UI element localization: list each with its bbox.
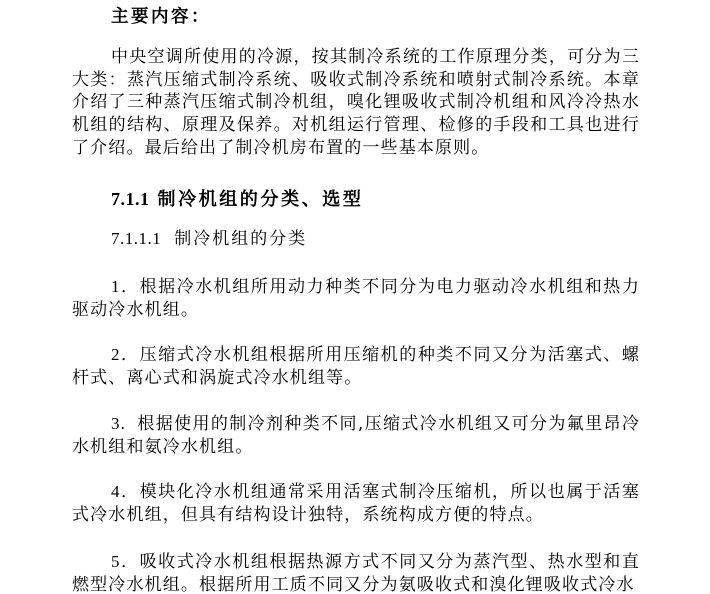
list-item: 2．压缩式冷水机组根据所用压缩机的种类不同又分为活塞式、螺杆式、离心式和涡旋式冷… xyxy=(72,344,640,389)
list-item-text: 根据使用的制冷剂种类不同,压缩式冷水机组又可分为氟里昂冷水机组和氨冷水机组。 xyxy=(72,414,640,457)
list-item-text: 压缩式冷水机组根据所用压缩机的种类不同又分为活塞式、螺杆式、离心式和涡旋式冷水机… xyxy=(72,345,640,388)
list-item-marker: 3. xyxy=(111,414,137,433)
section-number: 7.1.1 xyxy=(111,189,150,209)
document-page: 主要内容： 中央空调所使用的冷源，按其制冷系统的工作原理分类，可分为三大类：蒸汽… xyxy=(0,0,710,594)
list-item-text: 根据冷水机组所用动力种类不同分为电力驱动冷水机组和热力驱动冷水机组。 xyxy=(72,277,640,320)
intro-paragraph: 中央空调所使用的冷源，按其制冷系统的工作原理分类，可分为三大类：蒸汽压缩式制冷系… xyxy=(72,46,640,160)
list-item: 4．模块化冷水机组通常采用活塞式制冷压缩机，所以也属于活塞式冷水机组，但具有结构… xyxy=(72,481,640,526)
sub-section-number: 7.1.1.1 xyxy=(111,229,161,248)
list-item-text: 模块化冷水机组通常采用活塞式制冷压缩机，所以也属于活塞式冷水机组，但具有结构设计… xyxy=(72,482,640,525)
list-item-marker: 5． xyxy=(111,552,140,571)
list-item: 3. 根据使用的制冷剂种类不同,压缩式冷水机组又可分为氟里昂冷水机组和氨冷水机组… xyxy=(72,413,640,458)
list-item: 1．根据冷水机组所用动力种类不同分为电力驱动冷水机组和热力驱动冷水机组。 xyxy=(72,276,640,321)
list-item-marker: 4． xyxy=(111,482,140,501)
list-item-marker: 2． xyxy=(111,345,140,364)
list-item: 5．吸收式冷水机组根据热源方式不同又分为蒸汽型、热水型和直燃型冷水机组。根据所用… xyxy=(72,551,640,594)
section-heading-text: 制冷机组的分类、选型 xyxy=(158,189,364,210)
list-item-text: 吸收式冷水机组根据热源方式不同又分为蒸汽型、热水型和直燃型冷水机组。根据所用工质… xyxy=(72,552,640,594)
list-item-marker: 1． xyxy=(111,277,140,296)
sub-heading: 7.1.1.1制冷机组的分类 xyxy=(72,228,640,250)
section-heading: 7.1.1制冷机组的分类、选型 xyxy=(72,188,640,211)
doc-title: 主要内容： xyxy=(72,6,640,28)
sub-heading-text: 制冷机组的分类 xyxy=(174,229,307,249)
